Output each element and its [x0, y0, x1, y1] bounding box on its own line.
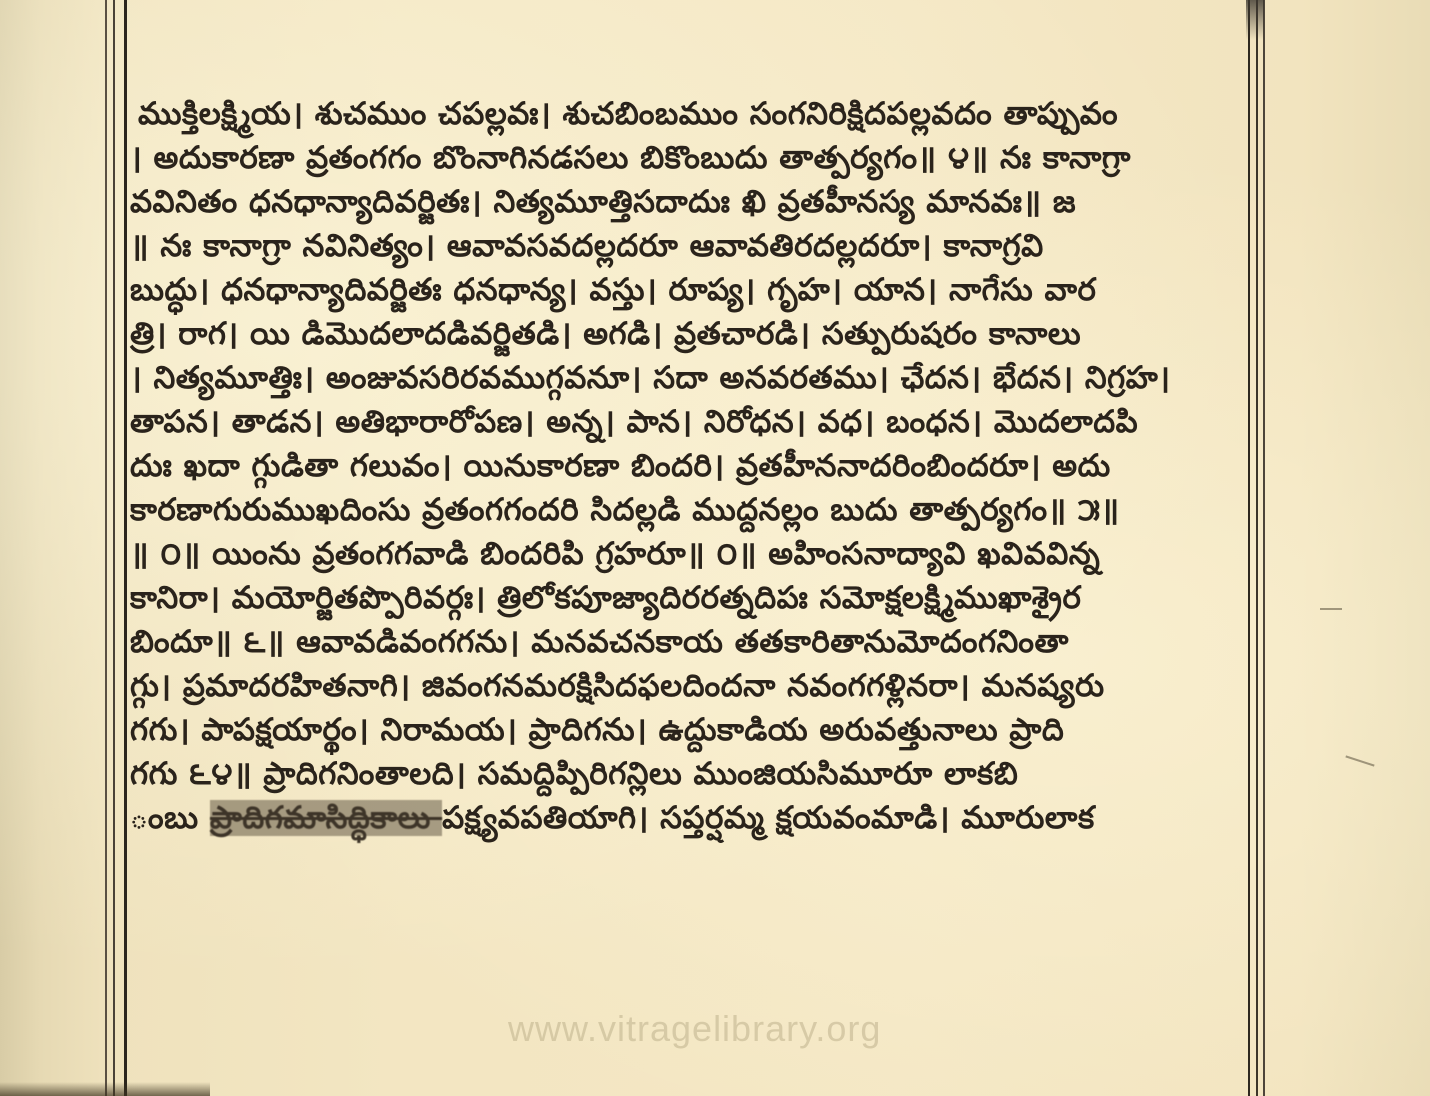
text-line: ॥ నః కానాగ్రా నవినిత్యం। ఆవావసవదల్లదరూ ఆ…: [130, 224, 1280, 268]
text-line: తాపన। తాడన। అతిభారారోపణ। అన్న। పాన। నిరో…: [130, 400, 1280, 444]
text-line: ంబు ప్రాదిగమాసిద్ధికాలు పక్ష్యవపతియాగి। …: [130, 796, 1280, 840]
struck-out-text: ప్రాదిగమాసిద్ధికాలు: [210, 800, 442, 836]
watermark: www.vitragelibrary.org: [508, 1008, 881, 1050]
text-line: కానిరా। మయోర్జితప్పొరివర్గః। త్రిలోకపూజ్…: [130, 576, 1280, 620]
manuscript-page: ముక్తిలక్ష్మియ। శుచముం చపల్లవః। శుచబింబమ…: [0, 0, 1430, 1096]
text-line: । అదుకారణా వ్రతంగగం బొంనాగినడసలు బికొంబు…: [130, 136, 1280, 180]
text-line: గగు। పాపక్షయార్థం। నిరామయ। ప్రాదిగను। ఉద…: [130, 708, 1280, 752]
text-line: గ్గు। ప్రమాదరహితనాగి। జివంగనమరక్షిసిదఫలద…: [130, 664, 1280, 708]
text-line: । నిత్యమూత్తిః। అంజువసరిరవముగ్గవనూ। సదా …: [130, 356, 1280, 400]
text-line: ముక్తిలక్ష్మియ। శుచముం చపల్లవః। శుచబింబమ…: [138, 92, 1280, 136]
ink-smudge: [1246, 0, 1264, 40]
manuscript-text: ముక్తిలక్ష్మియ। శుచముం చపల్లవః। శుచబింబమ…: [130, 92, 1280, 840]
text-line: బిందూ॥ ౬॥ ఆవావడివంగగను। మనవచనకాయ తతకారిత…: [130, 620, 1280, 664]
left-margin-rule: [105, 0, 107, 1096]
paper-speck: [1345, 755, 1374, 766]
text-line: వవినితం ధనధాన్యాదివర్జితః। నిత్యమూత్తిసద…: [130, 180, 1280, 224]
text-line: త్రి। రాగ। యి డిమొదలాదడివర్జితడి। అగడి। …: [130, 312, 1280, 356]
text-line: దుః ఖదా గ్గుడితా గలువం। యినుకారణా బిందరి…: [130, 444, 1280, 488]
text-line: ॥ ౦॥ యింను వ్రతంగగవాడి బిందరిపి గ్రహరూ॥ …: [130, 532, 1280, 576]
text-line: కారణాగురుముఖదింసు వ్రతంగగందరి సిదల్లడి మ…: [130, 488, 1280, 532]
paper-speck: [1320, 608, 1342, 610]
text-line: బుద్ధు। ధనధాన్యాదివర్జితః ధనధాన్య। వస్తు…: [130, 268, 1280, 312]
text-line: గగు ౬౪॥ ప్రాదిగనింతాలది। సమద్దిప్పిరిగన్…: [130, 752, 1280, 796]
left-margin-rule: [113, 0, 115, 1096]
left-margin-rule: [124, 0, 127, 1096]
